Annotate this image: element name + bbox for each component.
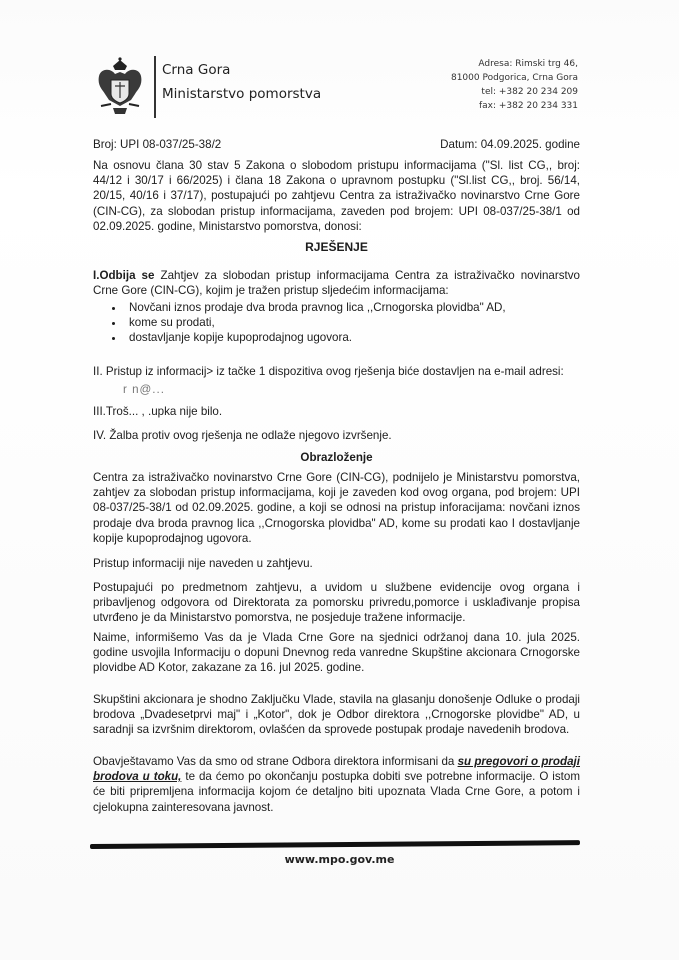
organization-name: Crna Gora Ministarstvo pomorstva [162, 58, 321, 106]
decision-item-1-text: Zahtjev za slobodan pristup informacijam… [93, 269, 580, 297]
fax: fax: +382 20 234 331 [451, 99, 578, 113]
reasoning-paragraph-1: Centra za istraživačko novinarstvo Crne … [93, 470, 580, 546]
country-name: Crna Gora [162, 58, 321, 82]
paragraph-6-start: Obavještavamo Vas da smo od strane Odbor… [93, 755, 458, 768]
phone: tel: +382 20 234 209 [451, 85, 578, 99]
decision-item-3: III.Troš... , .upka nije bilo. [93, 404, 580, 419]
decision-title: RJEŠENJE [93, 240, 580, 255]
footer-website: www.mpo.gov.me [0, 853, 679, 866]
header-divider [154, 56, 156, 118]
address-line-2: 81000 Podgorica, Crna Gora [451, 71, 578, 85]
requested-info-list: Novčani iznos prodaje dva broda pravnog … [93, 300, 580, 346]
letterhead: Crna Gora Ministarstvo pomorstva Adresa:… [88, 52, 588, 122]
reasoning-paragraph-2: Pristup informaciji nije naveden u zahtj… [93, 556, 580, 571]
list-item: kome su prodati, [125, 315, 580, 330]
reasoning-paragraph-3: Postupajući po predmetnom zahtjevu, a uv… [93, 580, 580, 626]
decision-item-2: II. Pristup iz informacij> iz tačke 1 di… [93, 364, 580, 379]
document-page: Crna Gora Ministarstvo pomorstva Adresa:… [0, 0, 679, 960]
intro-paragraph: Na osnovu člana 30 stav 5 Zakona o slobo… [93, 158, 580, 234]
coat-of-arms-icon [91, 56, 149, 116]
list-item: Novčani iznos prodaje dva broda pravnog … [125, 300, 580, 315]
redacted-email: r n@... [93, 382, 610, 397]
ministry-name: Ministarstvo pomorstva [162, 82, 321, 106]
list-item: dostavljanje kopije kupoprodajnog ugovor… [125, 330, 580, 345]
contact-info: Adresa: Rimski trg 46, 81000 Podgorica, … [451, 57, 578, 113]
address-line-1: Adresa: Rimski trg 46, [451, 57, 578, 71]
decision-item-4: IV. Žalba protiv ovog rješenja ne odlaže… [93, 428, 580, 443]
document-number: Broj: UPI 08-037/25-38/2 [93, 137, 221, 152]
reasoning-title: Obrazloženje [93, 450, 580, 465]
reasoning-paragraph-6: Obavještavamo Vas da smo od strane Odbor… [93, 754, 580, 815]
decision-item-1: I.Odbija se Zahtjev za slobodan pristup … [93, 268, 580, 298]
document-date: Datum: 04.09.2025. godine [440, 137, 580, 152]
footer-divider [90, 840, 580, 849]
decision-item-1-label: I.Odbija se [93, 269, 154, 282]
reasoning-paragraph-5: Skupštini akcionara je shodno Zaključku … [93, 692, 580, 738]
reasoning-paragraph-4: Naime, informišemo Vas da je Vlada Crne … [93, 630, 580, 676]
redacted-text: r n@... [123, 382, 165, 397]
document-meta: Broj: UPI 08-037/25-38/2 Datum: 04.09.20… [93, 137, 580, 152]
